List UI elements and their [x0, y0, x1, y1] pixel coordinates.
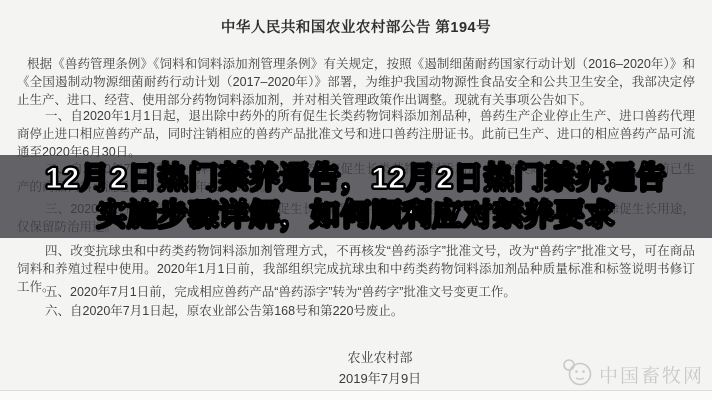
banner-headline-line-2: 实施步骤详解，如何顺利应对禁养要求 — [97, 197, 616, 234]
watermark-label: 中国畜牧网 — [599, 361, 704, 388]
banner-headline-line-1: 12月2日热门禁养通告，12月2日热门禁养通告 — [45, 160, 667, 197]
animal-face-logo-icon — [561, 357, 593, 392]
headline-overlay-banner: 12月2日热门禁养通告，12月2日热门禁养通告 实施步骤详解，如何顺利应对禁养要… — [0, 155, 712, 238]
intro-paragraph: 根据《兽药管理条例》《饲料和饲料添加剂管理条例》有关规定，按照《遏制细菌耐药国家… — [17, 55, 695, 109]
watermark: 中国畜牧网 — [561, 357, 704, 392]
document-title: 中华人民共和国农业农村部公告 第194号 — [0, 16, 712, 37]
announcement-page: 中华人民共和国农业农村部公告 第194号 根据《兽药管理条例》《饲料和饲料添加剂… — [0, 0, 712, 400]
announcement-item-5: 五、2020年7月1日前，完成相应兽药产品“兽药添字”转为“兽药字”批准文号变更… — [17, 283, 695, 301]
announcement-item-1: 一、自2020年1月1日起，退出除中药外的所有促生长类药物饲料添加剂品种，兽药生… — [17, 107, 695, 161]
announcement-item-6: 六、自2020年7月1日起，原农业部公告第168号和第220号废止。 — [17, 302, 695, 320]
